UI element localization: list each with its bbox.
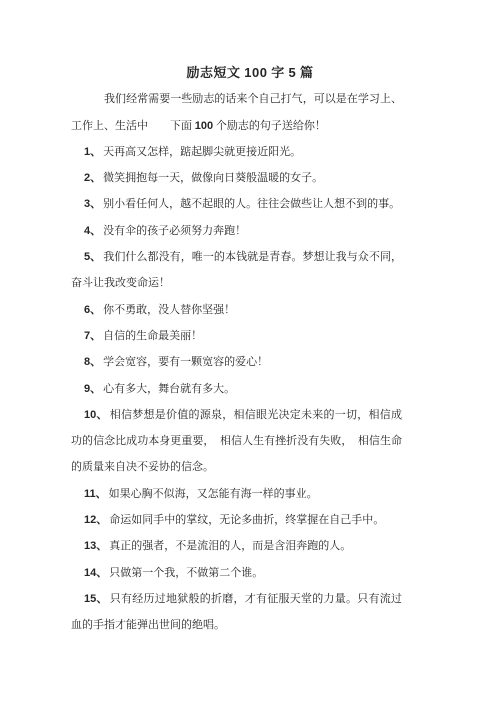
- list-item: 14、只做第一个我，不做第二个谁。: [71, 560, 402, 586]
- item-number: 4、: [84, 225, 103, 237]
- list-item: 3、别小看任何人，越不起眼的人。往往会做些让人想不到的事。: [71, 191, 402, 217]
- document-body: 我们经常需要一些励志的话来个自己打气，可以是在学习上、工作上、生活中 下面 10…: [71, 86, 402, 638]
- list-item: 4、没有伞的孩子必须努力奔跑！: [71, 218, 402, 244]
- item-number: 14、: [84, 567, 109, 579]
- item-text: 别小看任何人，越不起眼的人。往往会做些让人想不到的事。: [103, 198, 400, 210]
- item-text: 心有多大，舞台就有多大。: [103, 383, 235, 395]
- list-item: 13、真正的强者，不是流泪的人，而是含泪奔跑的人。: [71, 533, 402, 559]
- intro-text-tail: 个励志的句子送给你！: [213, 120, 326, 132]
- list-item: 11、如果心胸不似海，又怎能有海一样的事业。: [71, 481, 402, 507]
- item-number: 11、: [84, 488, 109, 500]
- list-item: 9、心有多大，舞台就有多大。: [71, 376, 402, 402]
- item-text: 相信梦想是价值的源泉，相信眼光决定未来的一切，相信成功的信念比成功本身更重要， …: [71, 409, 402, 474]
- item-number: 2、: [84, 172, 103, 184]
- list-item: 10、相信梦想是价值的源泉，相信眼光决定未来的一切，相信成功的信念比成功本身更重…: [71, 402, 402, 481]
- list-item: 15、只有经历过地狱般的折磨，才有征服天堂的力量。只有流过血的手指才能弹出世间的…: [71, 586, 402, 639]
- item-number: 3、: [84, 198, 103, 210]
- item-number: 6、: [84, 304, 103, 316]
- list-item: 7、自信的生命最美丽！: [71, 323, 402, 349]
- list-item: 8、学会宽容，要有一颗宽容的爱心！: [71, 349, 402, 375]
- item-text: 学会宽容，要有一颗宽容的爱心！: [103, 356, 268, 368]
- list-item: 6、你不勇敢，没人替你坚强！: [71, 297, 402, 323]
- title-text: 篇: [296, 65, 313, 80]
- document-title: 励志短文 100 字 5 篇: [0, 60, 500, 86]
- item-text: 如果心胸不似海，又怎能有海一样的事业。: [109, 488, 318, 500]
- item-number: 13、: [84, 540, 109, 552]
- item-text: 天再高又怎样，踮起脚尖就更接近阳光。: [103, 146, 301, 158]
- list-item: 12、命运如同手中的掌纹，无论多曲折，终掌握在自己手中。: [71, 507, 402, 533]
- item-number: 12、: [84, 514, 109, 526]
- list-item: 5、我们什么都没有，唯一的本钱就是青春。梦想让我与众不同，奋斗让我改变命运！: [71, 244, 402, 297]
- list-item: 1、天再高又怎样，踮起脚尖就更接近阳光。: [71, 139, 402, 165]
- item-number: 7、: [84, 330, 103, 342]
- item-text: 我们什么都没有，唯一的本钱就是青春。梦想让我与众不同，奋斗让我改变命运！: [71, 251, 402, 289]
- title-text: 励志短文: [187, 65, 245, 80]
- item-number: 5、: [84, 251, 103, 263]
- item-text: 微笑拥抱每一天，做像向日葵般温暖的女子。: [103, 172, 323, 184]
- item-number: 10、: [84, 409, 110, 421]
- intro-paragraph: 我们经常需要一些励志的话来个自己打气，可以是在学习上、工作上、生活中 下面 10…: [71, 86, 402, 139]
- document-page: 励志短文 100 字 5 篇 我们经常需要一些励志的话来个自己打气，可以是在学习…: [0, 0, 500, 708]
- intro-number-100: 100: [195, 120, 213, 132]
- item-number: 1、: [84, 146, 103, 158]
- item-text: 你不勇敢，没人替你坚强！: [103, 304, 235, 316]
- item-text: 只做第一个我，不做第二个谁。: [109, 567, 263, 579]
- item-number: 9、: [84, 383, 103, 395]
- item-number: 15、: [84, 593, 110, 605]
- title-text: 字: [267, 65, 288, 80]
- title-number-100: 100: [244, 65, 267, 80]
- item-text: 真正的强者，不是流泪的人，而是含泪奔跑的人。: [109, 540, 351, 552]
- item-text: 自信的生命最美丽！: [103, 330, 202, 342]
- item-text: 命运如同手中的掌纹，无论多曲折，终掌握在自己手中。: [109, 514, 384, 526]
- item-number: 8、: [84, 356, 103, 368]
- list-item: 2、微笑拥抱每一天，做像向日葵般温暖的女子。: [71, 165, 402, 191]
- item-text: 只有经历过地狱般的折磨，才有征服天堂的力量。只有流过血的手指才能弹出世间的绝唱。: [71, 593, 402, 631]
- item-text: 没有伞的孩子必须努力奔跑！: [103, 225, 246, 237]
